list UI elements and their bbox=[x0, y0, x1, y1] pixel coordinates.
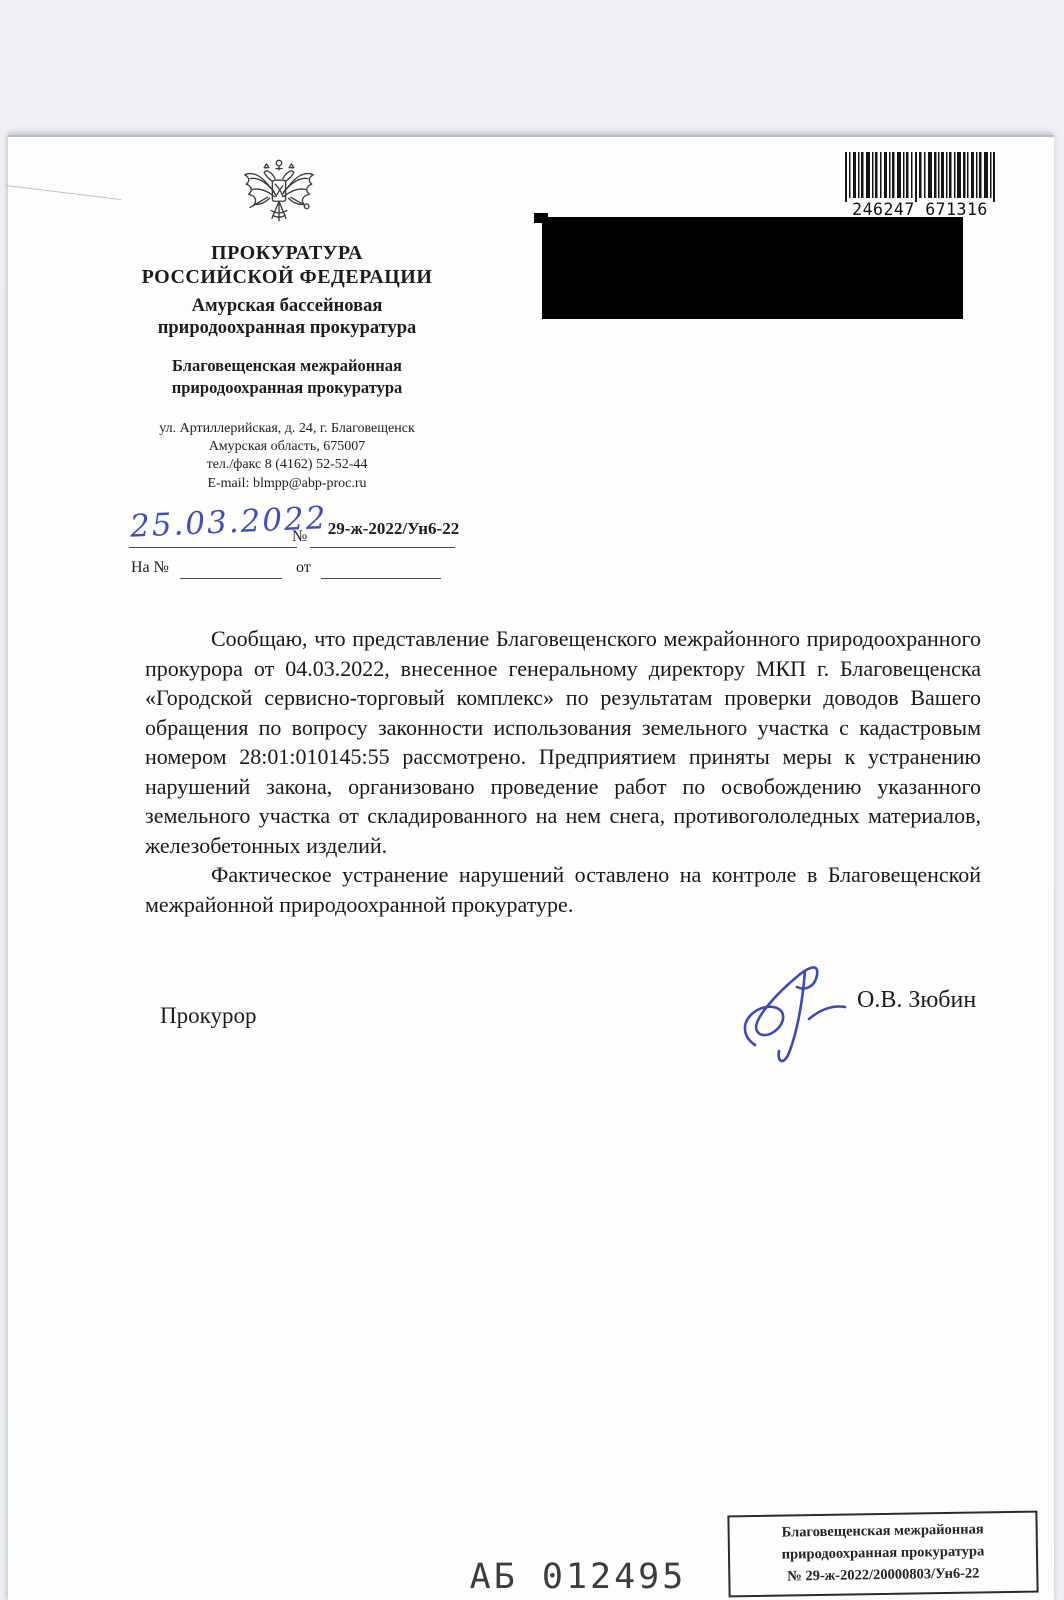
letterhead-address: ул. Артиллерийская, д. 24, г. Благовещен… bbox=[127, 420, 447, 493]
outgoing-number-value: 29-ж-2022/Ун6-22 bbox=[311, 519, 476, 539]
address-region: Амурская область, 675007 bbox=[127, 438, 447, 456]
date-underline bbox=[129, 547, 297, 548]
signer-name: О.В. Зюбин bbox=[857, 987, 976, 1014]
org-name-line1: ПРОКУРАТУРА bbox=[137, 241, 437, 265]
incoming-number-label: На № bbox=[131, 559, 169, 577]
address-phone: тел./факс 8 (4162) 52-52-44 bbox=[127, 456, 447, 474]
letterhead-organization: ПРОКУРАТУРА РОССИЙСКОЙ ФЕДЕРАЦИИ Амурска… bbox=[137, 241, 437, 340]
from-date-label: от bbox=[296, 559, 311, 577]
division-line2: природоохранная прокуратура bbox=[137, 377, 437, 399]
handwritten-signature bbox=[733, 949, 868, 1084]
from-date-blank bbox=[321, 578, 441, 579]
address-email: E-mail: blmpp@abp-proc.ru bbox=[127, 475, 447, 493]
letterhead-division: Благовещенская межрайонная природоохранн… bbox=[137, 355, 437, 400]
org-name-line4: природоохранная прокуратура bbox=[137, 317, 437, 340]
redaction-box bbox=[542, 217, 963, 319]
letter-body: Сообщаю, что представление Благовещенско… bbox=[145, 624, 981, 919]
org-name-line3: Амурская бассейновая bbox=[137, 295, 437, 318]
stamp-line3: № 29-ж-2022/20000803/Ун6-22 bbox=[734, 1562, 1032, 1588]
number-sign-label: № bbox=[292, 528, 307, 546]
barcode-bars bbox=[844, 152, 996, 202]
document-page: ПРОКУРАТУРА РОССИЙСКОЙ ФЕДЕРАЦИИ Амурска… bbox=[8, 135, 1054, 1600]
division-line1: Благовещенская межрайонная bbox=[137, 355, 437, 377]
body-paragraph-1: Сообщаю, что представление Благовещенско… bbox=[145, 624, 981, 860]
scan-scratch-artifact bbox=[6, 185, 121, 200]
form-serial-number: АБ 012495 bbox=[428, 1557, 728, 1597]
address-street: ул. Артиллерийская, д. 24, г. Благовещен… bbox=[127, 420, 447, 438]
registration-stamp: Благовещенская межрайонная природоохранн… bbox=[727, 1511, 1038, 1598]
russia-coat-of-arms-icon bbox=[240, 151, 318, 239]
org-name-line2: РОССИЙСКОЙ ФЕДЕРАЦИИ bbox=[137, 265, 437, 289]
incoming-number-blank bbox=[180, 578, 282, 579]
body-paragraph-2: Фактическое устранение нарушений оставле… bbox=[145, 860, 981, 919]
barcode: 246247 671316 bbox=[844, 152, 996, 219]
signer-title: Прокурор bbox=[160, 1003, 256, 1029]
number-underline bbox=[310, 547, 455, 548]
handwritten-date: 25.03.2022 bbox=[129, 501, 300, 544]
